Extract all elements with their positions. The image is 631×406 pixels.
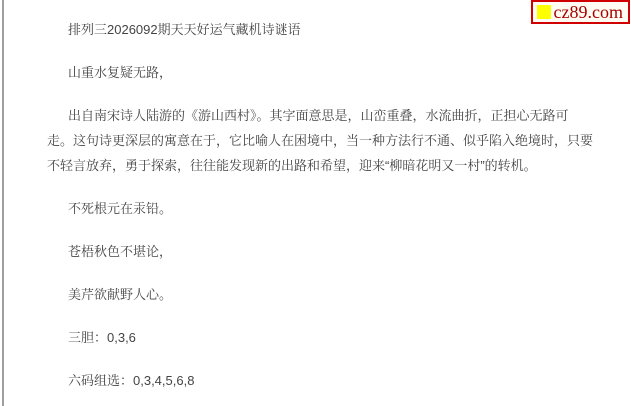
- six-code-picks: 六码组选：0,3,4,5,6,8: [47, 368, 587, 393]
- article-content: 排列三2026092期天天好运气藏机诗谜语 山重水复疑无路， 出自南宋诗人陆游的…: [47, 17, 587, 406]
- poem-line-2: 不死根元在汞铅。: [47, 196, 587, 221]
- explanation-line-1: 出自南宋诗人陆游的《游山西村》。其字面意思是，山峦重叠，水流曲折，正担心无路可: [47, 103, 587, 128]
- explanation-line-2: 走。这句诗更深层的寓意在于，它比喻人在困境中，当一种方法行不通、似乎陷入绝境时，…: [47, 128, 587, 153]
- poem-line-3: 苍梧秋色不堪论，: [47, 239, 587, 264]
- explanation-line-3: 不轻言放弃，勇于探索，往往能发现新的出路和希望，迎来“柳暗花明又一村”的转机。: [47, 153, 587, 178]
- explanation-paragraph: 出自南宋诗人陆游的《游山西村》。其字面意思是，山峦重叠，水流曲折，正担心无路可 …: [47, 103, 587, 178]
- poem-line-1: 山重水复疑无路，: [47, 60, 587, 85]
- three-dan-picks: 三胆：0,3,6: [47, 325, 587, 350]
- article-title: 排列三2026092期天天好运气藏机诗谜语: [47, 17, 587, 42]
- article-page: cz89.com 排列三2026092期天天好运气藏机诗谜语 山重水复疑无路， …: [0, 0, 631, 406]
- poem-line-4: 美芹欲献野人心。: [47, 282, 587, 307]
- left-border-line: [2, 0, 4, 406]
